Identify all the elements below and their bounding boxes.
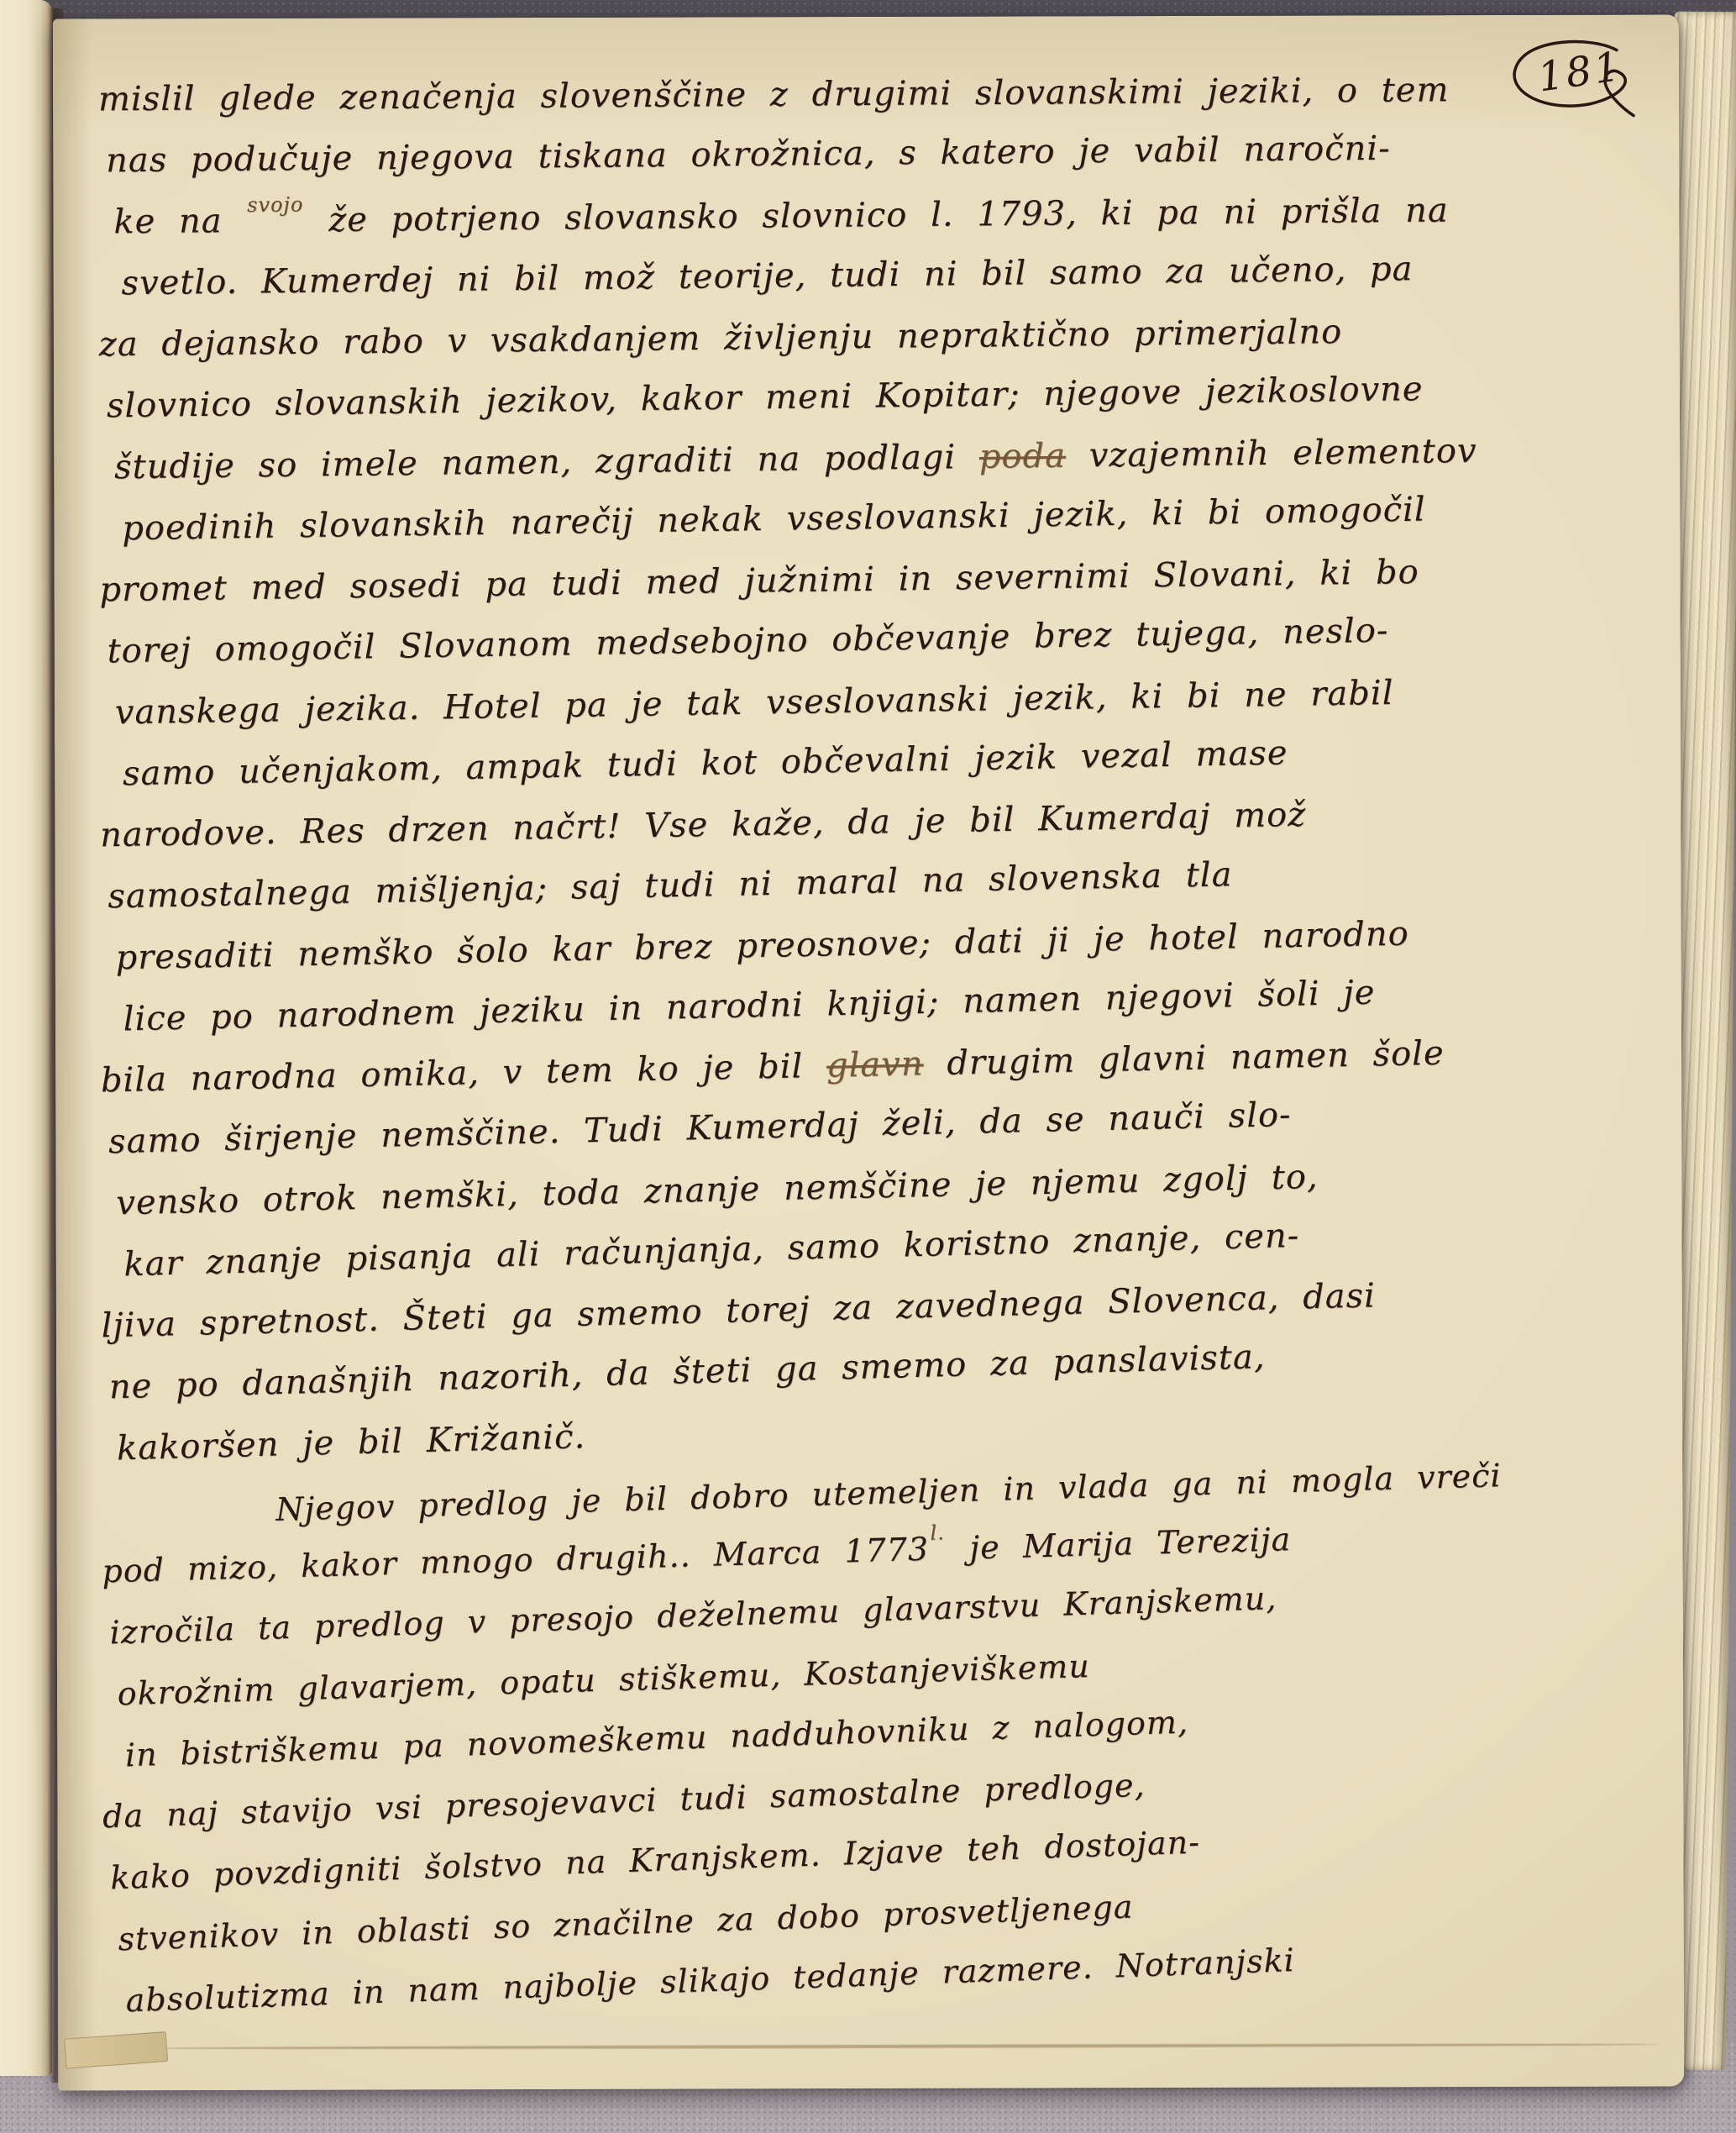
struck-word: poda bbox=[979, 437, 1067, 476]
line-text: samostalnega mišljenja; saj tudi ni mara… bbox=[108, 855, 1233, 916]
line-text: študije so imele namen, zgraditi na podl… bbox=[114, 438, 979, 486]
facing-page-edge bbox=[0, 0, 52, 2076]
page-bottom-edge bbox=[150, 2043, 1659, 2051]
inserted-word: svojo bbox=[247, 194, 303, 215]
line-text: nas podučuje njegova tiskana okrožnica, … bbox=[106, 129, 1391, 181]
line-text: že potrjeno slovansko slovnico l. 1793, … bbox=[305, 191, 1449, 239]
line-text: ke na bbox=[113, 202, 245, 241]
line-text: mislil glede zenačenja slovenščine z dru… bbox=[98, 71, 1450, 118]
line-text: vzajemnih elementov bbox=[1066, 432, 1477, 475]
line-text: slovnico slovanskih jezikov, kakor meni … bbox=[107, 370, 1424, 425]
manuscript-lines: mislil glede zenačenja slovenščine z dru… bbox=[78, 66, 1662, 2032]
line-text: poedinih slovanskih narečij nekak vseslo… bbox=[122, 491, 1426, 549]
line-text: je Marija Terezija bbox=[947, 1521, 1292, 1567]
manuscript-page: 181 mislil glede zenačenja slovenščine z… bbox=[53, 14, 1684, 2090]
line-text: promet med sosedi pa tudi med južnimi in… bbox=[99, 553, 1419, 609]
line-text: torej omogočil Slovanom medsebojno občev… bbox=[107, 612, 1388, 671]
line-text: kakoršen je bil Križanič. bbox=[116, 1417, 585, 1468]
inserted-word: l. bbox=[930, 1522, 945, 1542]
line-text: bila narodna omika, v tem ko je bil bbox=[100, 1047, 826, 1101]
struck-word: glavn bbox=[826, 1044, 925, 1085]
photo-background: 181 mislil glede zenačenja slovenščine z… bbox=[0, 0, 1736, 2133]
line-text: svetlo. Kumerdej ni bil mož teorije, tud… bbox=[121, 250, 1413, 302]
corner-repair-patch bbox=[64, 2031, 168, 2069]
line-text: samo učenjakom, ampak tudi kot občevalni… bbox=[123, 733, 1288, 793]
line-text: drugim glavni namen šole bbox=[923, 1034, 1445, 1084]
line-text: vanskega jezika. Hotel pa je tak vseslov… bbox=[114, 674, 1393, 732]
line-text: za dejansko rabo v vsakdanjem življenju … bbox=[98, 313, 1342, 364]
